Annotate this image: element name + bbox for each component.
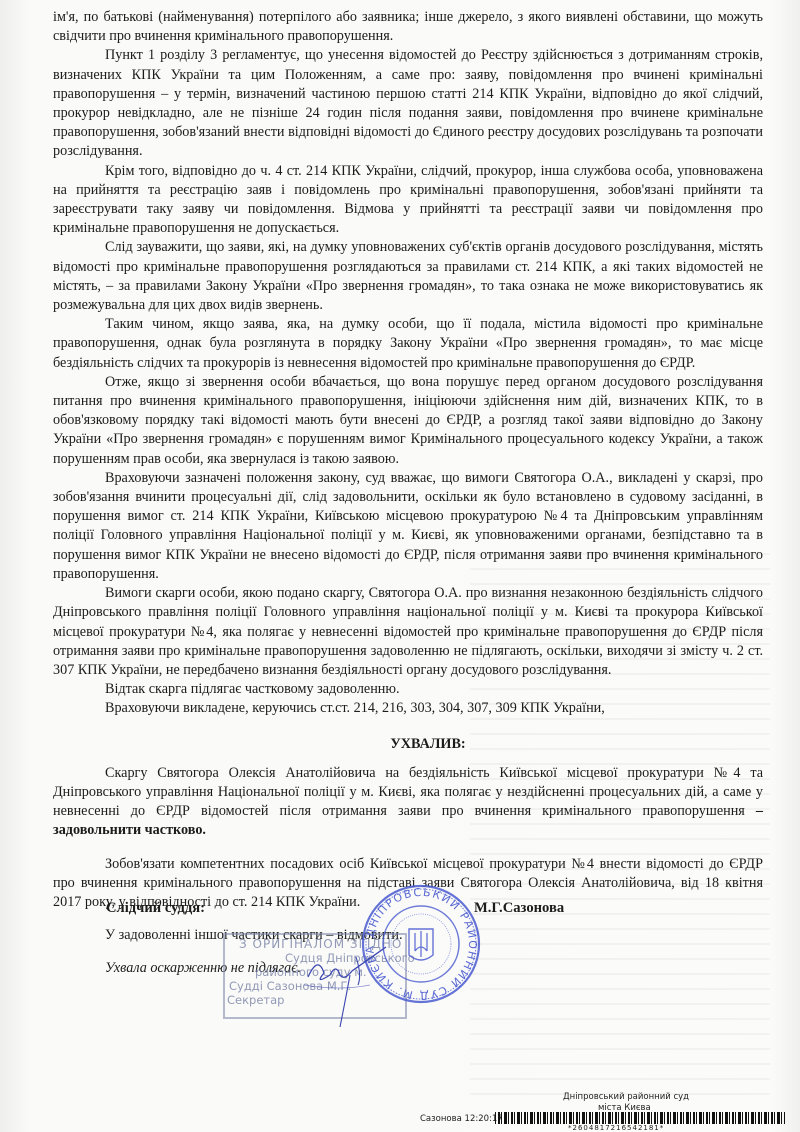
paragraph-registry-rules: Пункт 1 розділу 3 регламентує, що унесен… bbox=[53, 46, 763, 161]
paragraph-claims-rejected: Вимоги скарги особи, якою подано скаргу,… bbox=[53, 584, 763, 680]
document-body: ім'я, по батькові (найменування) потерпі… bbox=[53, 8, 763, 979]
paragraph-partial-satisfaction: Відтак скарга підлягає частковому задово… bbox=[53, 680, 763, 699]
barcode-icon bbox=[495, 1112, 785, 1124]
signature-label: Слідчий суддя: bbox=[106, 900, 205, 917]
document-page: ім'я, по батькові (найменування) потерпі… bbox=[0, 0, 800, 1132]
signature-icon bbox=[300, 945, 410, 1035]
paragraph-conclusion-inaction: Таким чином, якщо заява, яка, на думку о… bbox=[53, 315, 763, 373]
paragraph-note: Слід зауважити, що заяви, які, на думку … bbox=[53, 238, 763, 315]
paragraph-continuation: ім'я, по батькові (найменування) потерпі… bbox=[53, 8, 763, 46]
paragraph-article-214-part-4: Крім того, відповідно до ч. 4 ст. 214 КП… bbox=[53, 162, 763, 239]
judge-name: М.Г.Сазонова bbox=[474, 900, 564, 917]
ruling-complaint-text: Скаргу Святогора Олексія Анатолійовича н… bbox=[53, 765, 763, 819]
barcode-number: *2604817216542181* bbox=[568, 1124, 664, 1132]
footer-court-name: Дніпровський районний суд bbox=[563, 1092, 689, 1102]
footer-judge-timestamp: Сазонова 12:20:17 bbox=[420, 1114, 503, 1124]
ruling-paragraph-complaint: Скаргу Святогора Олексія Анатолійовича н… bbox=[53, 764, 763, 841]
paragraph-obligation: Отже, якщо зі звернення особи вбачається… bbox=[53, 373, 763, 469]
paragraph-legal-basis: Враховуючи викладене, керуючись ст.ст. 2… bbox=[53, 699, 763, 718]
ruling-heading: УХВАЛИВ: bbox=[53, 735, 763, 754]
paragraph-court-finding: Враховуючи зазначені положення закону, с… bbox=[53, 469, 763, 584]
electronic-signature-footer: Дніпровський районний суд міста Києва Са… bbox=[400, 1090, 800, 1132]
